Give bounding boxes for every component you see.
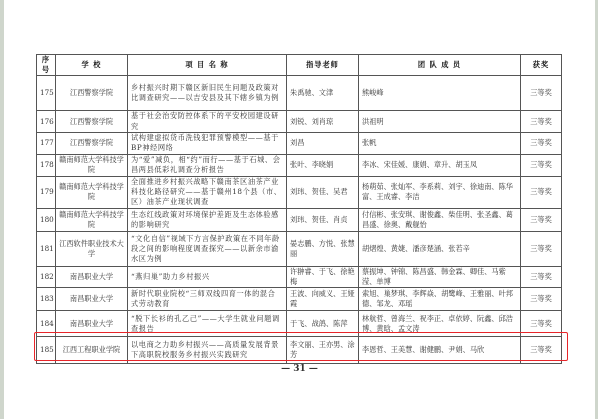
row-award: 三等奖 (521, 176, 562, 208)
row-school: 南昌职业大学 (56, 288, 128, 311)
row-project: “脱下长衫的孔乙己”——大学生就业问题调查报告 (128, 311, 287, 337)
row-project: 试构建虚拟货币洗钱犯罪预警模型——基于BP神经网络 (128, 132, 287, 154)
award-table: 序号 学 校 项 目 名 称 指导老师 团 队 成 员 获奖 175江西警察学院… (36, 54, 562, 364)
row-project: 生态红线政策对环境保护差距及生态体验感的影响研究 (128, 208, 287, 231)
table-row: 176江西警察学院基于社会治安防控体系下的平安校园建设研究刘锐、刘肖琼洪祖明三等… (37, 111, 562, 132)
row-school: 江西软件职业技术大学 (56, 231, 128, 266)
header-project: 项 目 名 称 (128, 55, 287, 76)
row-award: 三等奖 (521, 266, 562, 287)
row-teacher: 朱禹驰、文津 (287, 76, 359, 111)
header-no: 序号 (37, 55, 56, 76)
table-row: 175江西警察学院乡村振兴时期下赣区新旧民生问题及政策对比调查研究——以吉安县及… (37, 76, 562, 111)
row-members: 林航哲、曾海兰、祝李正、卓依婷、阮鑫、邱浩博、黄晗、孟文涛 (359, 311, 521, 337)
row-no: 178 (37, 154, 56, 176)
row-project: 为“爱”减负，相“约”而行——基于石城、会昌两县低彩礼调查分析报告 (128, 154, 287, 176)
row-members: 李恩哲、王美慧、谢健鹏、尹娟、马欣 (359, 337, 521, 364)
row-teacher: 于飞、战鸽、陈萍 (287, 311, 359, 337)
header-award: 获奖 (521, 55, 562, 76)
row-school: 赣南师范大学科技学院 (56, 176, 128, 208)
document-page: 序号 学 校 项 目 名 称 指导老师 团 队 成 员 获奖 175江西警察学院… (4, 0, 595, 419)
row-award: 三等奖 (521, 76, 562, 111)
header-members: 团 队 成 员 (359, 55, 521, 76)
row-no: 176 (37, 111, 56, 132)
row-project: 以电商之力助乡村振兴——高质量发展背景下高职院校服务乡村振兴实践研究 (128, 337, 287, 364)
row-teacher: 张叶、李晓娟 (287, 154, 359, 176)
row-no: 183 (37, 288, 56, 311)
table-row: 185江西工程职业学院以电商之力助乡村振兴——高质量发展背景下高职院校服务乡村振… (37, 337, 562, 364)
row-award: 三等奖 (521, 231, 562, 266)
table-row: 184南昌职业大学“脱下长衫的孔乙己”——大学生就业问题调查报告于飞、战鸽、陈萍… (37, 311, 562, 337)
row-school: 江西警察学院 (56, 76, 128, 111)
row-teacher: 晏志鹏、方悦、张慧丽 (287, 231, 359, 266)
row-school: 江西警察学院 (56, 111, 128, 132)
row-school: 赣南师范大学科技学院 (56, 208, 128, 231)
row-award: 三等奖 (521, 154, 562, 176)
row-members: 胡熠煌、黄婕、潘彦楚涵、张若辛 (359, 231, 521, 266)
row-no: 182 (37, 266, 56, 287)
header-teacher: 指导老师 (287, 55, 359, 76)
table-row: 180赣南师范大学科技学院生态红线政策对环境保护差距及生态体验感的影响研究刘玮、… (37, 208, 562, 231)
row-school: 南昌职业大学 (56, 311, 128, 337)
table-row: 179赣南师范大学科技学院全面推进乡村振兴战略下赣南茶区油茶产业科技化路径研究—… (37, 176, 562, 208)
row-members: 索旭、巢梦琪、李辉焱、胡鹭峰、王雅丽、叶邦德、邹龙、邓瑶 (359, 288, 521, 311)
row-award: 三等奖 (521, 337, 562, 364)
row-members: 熊峻峰 (359, 76, 521, 111)
table-row: 177江西警察学院试构建虚拟货币洗钱犯罪预警模型——基于BP神经网络刘昌张帆三等… (37, 132, 562, 154)
row-project: 乡村振兴时期下赣区新旧民生问题及政策对比调查研究——以吉安县及其下辖乡镇为例 (128, 76, 287, 111)
row-members: 蔡振坤、钟锦、陈昌盛、韩金霖、卿佳、马紫滢、单博 (359, 266, 521, 287)
row-no: 180 (37, 208, 56, 231)
row-award: 三等奖 (521, 208, 562, 231)
row-no: 179 (37, 176, 56, 208)
header-school: 学 校 (56, 55, 128, 76)
row-award: 三等奖 (521, 111, 562, 132)
row-members: 杨萌茹、张灿军、李系莉、刘宇、徐迪南、陈华富、王成睿、李洁 (359, 176, 521, 208)
table-row: 181江西软件职业技术大学“文化自信”视域下方言保护政策在不同年龄段之间的影响程… (37, 231, 562, 266)
row-school: 江西工程职业学院 (56, 337, 128, 364)
row-award: 三等奖 (521, 132, 562, 154)
row-teacher: 王波、向威义、王娅霞 (287, 288, 359, 311)
row-project: “燕归巢”助力乡村振兴 (128, 266, 287, 287)
row-school: 赣南师范大学科技学院 (56, 154, 128, 176)
row-teacher: 刘锐、刘肖琼 (287, 111, 359, 132)
row-no: 177 (37, 132, 56, 154)
row-no: 185 (37, 337, 56, 364)
row-teacher: 李文丽、王亦男、涂芳 (287, 337, 359, 364)
row-project: 基于社会治安防控体系下的平安校园建设研究 (128, 111, 287, 132)
table-header-row: 序号 学 校 项 目 名 称 指导老师 团 队 成 员 获奖 (37, 55, 562, 76)
row-teacher: 刘玮、贺佳、吴君 (287, 176, 359, 208)
row-members: 洪祖明 (359, 111, 521, 132)
page-number: — 31 — (4, 364, 595, 374)
row-school: 江西警察学院 (56, 132, 128, 154)
row-school: 南昌职业大学 (56, 266, 128, 287)
row-teacher: 许翀睿、于飞、徐艳梅 (287, 266, 359, 287)
row-no: 175 (37, 76, 56, 111)
row-award: 三等奖 (521, 311, 562, 337)
row-award: 三等奖 (521, 288, 562, 311)
table-row: 178赣南师范大学科技学院为“爱”减负，相“约”而行——基于石城、会昌两县低彩礼… (37, 154, 562, 176)
row-members: 李冰、宋佳媛、康娟、章升、胡玉凤 (359, 154, 521, 176)
row-members: 张帆 (359, 132, 521, 154)
row-no: 184 (37, 311, 56, 337)
table-row: 182南昌职业大学“燕归巢”助力乡村振兴许翀睿、于飞、徐艳梅蔡振坤、钟锦、陈昌盛… (37, 266, 562, 287)
row-no: 181 (37, 231, 56, 266)
row-members: 付信彬、张安琪、谢俊鑫、柴佳明、张圣鑫、葛昌盛、徐奥、戴舰怡 (359, 208, 521, 231)
row-teacher: 刘玮、贺佳、肖贞 (287, 208, 359, 231)
row-project: 新时代职业院校“三师双线四育一体的混合式劳动教育 (128, 288, 287, 311)
row-teacher: 刘昌 (287, 132, 359, 154)
row-project: “文化自信”视域下方言保护政策在不同年龄段之间的影响程度调查探究——以新余市渝水… (128, 231, 287, 266)
row-project: 全面推进乡村振兴战略下赣南茶区油茶产业科技化路径研究——基于赣州18个县（市、区… (128, 176, 287, 208)
table-row: 183南昌职业大学新时代职业院校“三师双线四育一体的混合式劳动教育王波、向威义、… (37, 288, 562, 311)
